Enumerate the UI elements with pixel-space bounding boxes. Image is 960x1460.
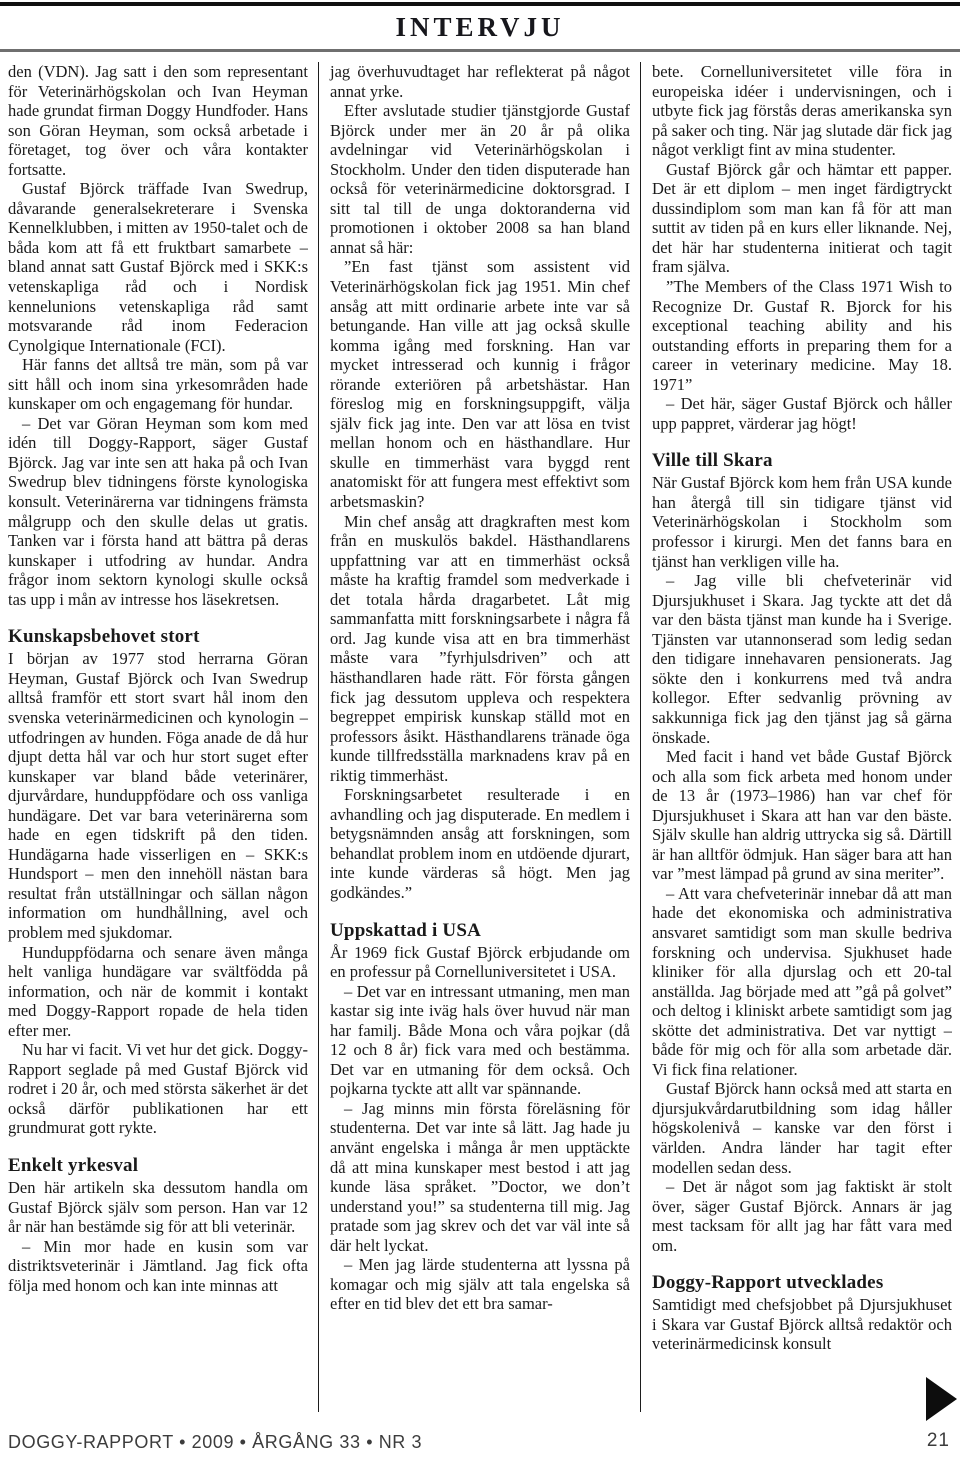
article-paragraph: Den här artikeln ska dessutom handla om … [8,1178,308,1237]
article-paragraph: – Min mor hade en kusin som var distrikt… [8,1237,308,1296]
article-paragraph: – Att vara chefveterinär innebar då att … [652,884,952,1079]
article-paragraph: Nu har vi facit. Vi vet hur det gick. Do… [8,1040,308,1138]
article-paragraph: Gustaf Björck går och hämtar ett papper.… [652,160,952,277]
article-column-2: jag överhuvudtaget har reflekterat på nå… [318,62,630,1412]
page-number: 21 [927,1430,950,1452]
article-paragraph: – Jag ville bli chefveterinär vid Djursj… [652,571,952,747]
article-paragraph: – Men jag lärde studenterna att lyssna p… [330,1255,630,1314]
article-paragraph: – Det här, säger Gustaf Björck och hålle… [652,394,952,433]
article-paragraph: – Det är något som jag faktiskt är stolt… [652,1177,952,1255]
article-paragraph: – Jag minns min första föreläsning för s… [330,1099,630,1255]
article-paragraph: Hunduppfödarna och senare även många hel… [8,943,308,1041]
header-rule [0,49,960,52]
article-paragraph: Gustaf Björck träffade Ivan Swedrup, dåv… [8,179,308,355]
footer-journal-info: DOGGY-RAPPORT • 2009 • ÅRGÅNG 33 • NR 3 [8,1432,422,1453]
page-title: INTERVJU [0,12,960,43]
article-columns: den (VDN). Jag satt i den som representa… [8,62,952,1412]
article-paragraph: – Det var Göran Heyman som kom med idén … [8,414,308,609]
article-paragraph: Min chef ansåg att dragkraften mest kom … [330,512,630,786]
section-heading: Doggy-Rapport utvecklades [652,1272,952,1293]
top-rule [0,2,960,6]
article-paragraph: den (VDN). Jag satt i den som representa… [8,62,308,179]
article-paragraph: I början av 1977 stod herrarna Göran Hey… [8,649,308,942]
article-paragraph: Samtidigt med chefsjobbet på Djursjukhus… [652,1295,952,1354]
section-heading: Kunskapsbehovet stort [8,626,308,647]
article-paragraph: Efter avslutade studier tjänstgjorde Gus… [330,101,630,257]
article-paragraph: jag överhuvudtaget har reflekterat på nå… [330,62,630,101]
article-paragraph: ”En fast tjänst som assistent vid Veteri… [330,257,630,511]
article-paragraph: Gustaf Björck hann också med att starta … [652,1079,952,1177]
article-paragraph: – Det var en intressant utmaning, men ma… [330,982,630,1099]
article-paragraph: ”The Members of the Class 1971 Wish to R… [652,277,952,394]
article-paragraph: bete. Cornelluniversitetet ville föra in… [652,62,952,160]
article-paragraph: Forskningsarbetet resulterade i en avhan… [330,785,630,902]
article-column-1: den (VDN). Jag satt i den som representa… [8,62,308,1412]
article-column-3: bete. Cornelluniversitetet ville föra in… [640,62,952,1412]
article-paragraph: När Gustaf Björck kom hem från USA kunde… [652,473,952,571]
section-heading: Uppskattad i USA [330,920,630,941]
article-paragraph: År 1969 fick Gustaf Björck erbjudande om… [330,943,630,982]
section-heading: Enkelt yrkesval [8,1155,308,1176]
article-paragraph: Här fanns det alltså tre män, som på var… [8,355,308,414]
magazine-page: INTERVJU den (VDN). Jag satt i den som r… [0,0,960,1460]
continuation-arrow-icon [926,1377,957,1421]
article-paragraph: Med facit i hand vet både Gustaf Björck … [652,747,952,884]
section-heading: Ville till Skara [652,450,952,471]
